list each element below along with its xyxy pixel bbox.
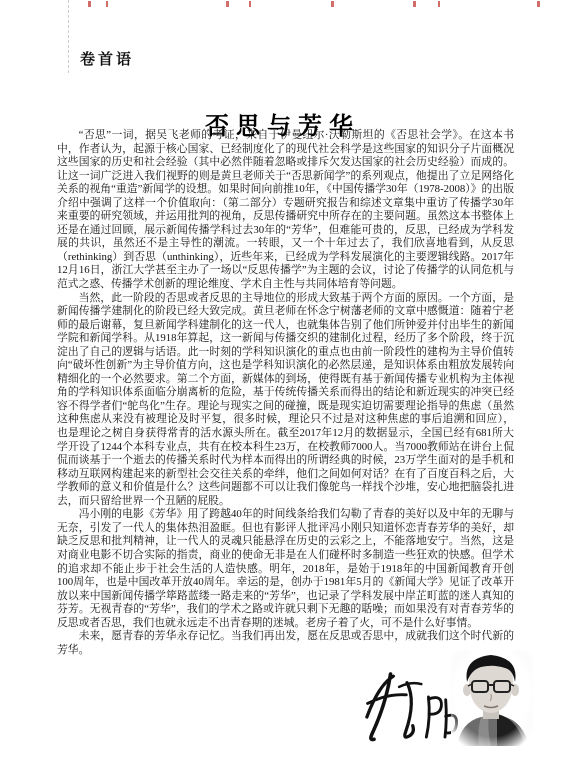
author-portrait-photo: [451, 650, 533, 746]
paragraph: 当然，此一阶段的否思或者反思的主导地位的形成大致基于两个方面的原因。一个方面，是…: [57, 292, 514, 509]
article-body: “否思”一词，据吴飞老师的考证，来自于伊曼纽尔·沃勒斯坦的《否思社会学》。在这本…: [57, 129, 514, 657]
author-signature-block: [352, 648, 537, 752]
paragraph: “否思”一词，据吴飞老师的考证，来自于伊曼纽尔·沃勒斯坦的《否思社会学》。在这本…: [57, 129, 514, 292]
print-mark-icon: [88, 1, 91, 7]
handwritten-signature: [352, 664, 462, 750]
print-mark-icon: [249, 1, 251, 7]
print-mark-icon: [106, 1, 108, 7]
print-mark-icon: [413, 1, 416, 7]
section-label: 卷首语: [80, 48, 134, 69]
journal-page: 卷首语 否思与芳华 “否思”一词，据吴飞老师的考证，来自于伊曼纽尔·沃勒斯坦的《…: [0, 0, 565, 766]
fold-line: [68, 0, 69, 73]
print-mark-icon: [331, 1, 334, 7]
paragraph: 冯小刚的电影《芳华》用了跨越40年的时间线条给我们勾勒了青春的美好以及中年的无聊…: [57, 508, 514, 630]
print-mark-icon: [226, 1, 229, 7]
print-mark-icon: [438, 1, 440, 7]
print-mark-icon: [537, 1, 540, 7]
